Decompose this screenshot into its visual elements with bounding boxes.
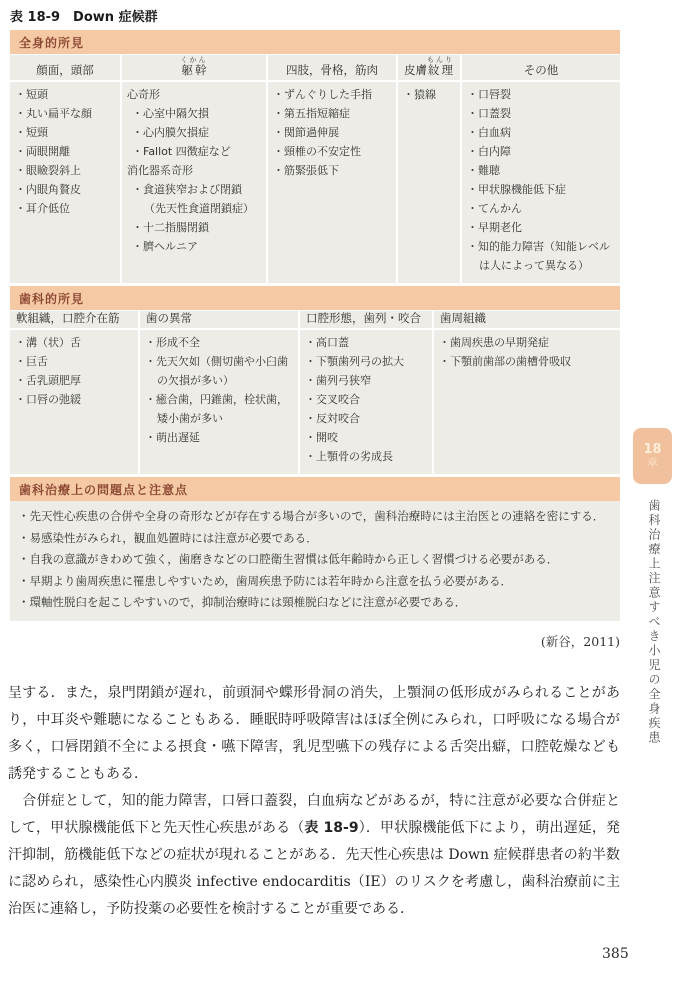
column-title: 歯の異常	[146, 310, 192, 326]
list-item: ・甲状腺機能低下症	[467, 180, 615, 199]
column-title: 顔面，頭部	[36, 62, 94, 78]
list-group-label: 心奇形	[127, 85, 261, 104]
list-item: ・高口蓋	[305, 333, 427, 352]
column-periodontal-tissue: 歯周組織 ・歯周疾患の早期発症 ・下顎前歯部の歯槽骨吸収	[434, 311, 620, 474]
list-item: ・Fallot 四徴症など	[132, 142, 261, 161]
chapter-number: 18	[643, 443, 661, 457]
list-item: ・丸い扁平な顔	[15, 104, 115, 123]
list-item: ・関節過伸展	[273, 123, 391, 142]
body-paragraph: 合併症として，知的能力障害，口唇口蓋裂，白血病などがあるが，特に注意が必要な合併…	[8, 788, 620, 923]
list-item: ・口蓋裂	[467, 104, 615, 123]
table-reference: 表 18-9	[304, 820, 358, 836]
page-number: 385	[602, 946, 629, 962]
list-item: ・上顎骨の劣成長	[305, 447, 427, 466]
list-item: ・猿線	[403, 85, 455, 104]
list-item: ・内眼角贅皮	[15, 180, 115, 199]
column-title-furigana: くかん	[181, 56, 208, 64]
column-header: 口腔形態，歯列・咬合	[300, 311, 432, 330]
columns-general: 顔面，頭部 ・短頭 ・丸い扁平な顔 ・短頸 ・両眼開離 ・眼瞼裂斜上 ・内眼角贅…	[10, 55, 620, 283]
column-header: 歯周組織	[434, 311, 620, 330]
column-header: 軟組織，口腔介在筋	[10, 311, 138, 330]
section-dental-findings: 歯科的所見 軟組織，口腔介在筋 ・溝（状）舌 ・巨舌 ・舌乳頭肥厚 ・口唇の弛緩…	[10, 286, 620, 474]
list-item: ・両眼開離	[15, 142, 115, 161]
list-item: ・癒合歯，円錐歯，栓状歯，矮小歯が多い	[145, 390, 293, 428]
list-item: ・早期老化	[467, 218, 615, 237]
list-item: ・ずんぐりした手指	[273, 85, 391, 104]
column-oral-morphology-occlusion: 口腔形態，歯列・咬合 ・高口蓋 ・下顎歯列弓の拡大 ・歯列弓狭窄 ・交叉咬合 ・…	[300, 311, 432, 474]
body-text: 呈する．また，泉門閉鎖が遅れ，前頭洞や蝶形骨洞の消失，上顎洞の低形成がみられるこ…	[8, 680, 620, 923]
column-header: 歯の異常	[140, 311, 298, 330]
column-header: 躯幹くかん	[122, 55, 266, 82]
list-item: ・交叉咬合	[305, 390, 427, 409]
section-header: 歯科的所見	[10, 286, 620, 310]
column-others: その他 ・口唇裂 ・口蓋裂 ・白血病 ・白内障 ・難聴 ・甲状腺機能低下症 ・て…	[462, 55, 620, 283]
section-header: 歯科治療上の問題点と注意点	[10, 477, 620, 501]
down-syndrome-table: 全身的所見 顔面，頭部 ・短頭 ・丸い扁平な顔 ・短頸 ・両眼開離 ・眼瞼裂斜上…	[10, 27, 620, 621]
list-item: ・心室中隔欠損	[132, 104, 261, 123]
list-item: ・歯周疾患の早期発症	[439, 333, 615, 352]
list-item: ・難聴	[467, 161, 615, 180]
column-title: 皮膚	[404, 62, 427, 78]
list-item: ・形成不全	[145, 333, 293, 352]
list-item: ・下顎歯列弓の拡大	[305, 352, 427, 371]
sidebar-vertical-title: 歯科治療上注意すべき小児の全身疾患	[646, 499, 663, 746]
list-item: ・反対咬合	[305, 409, 427, 428]
body-paragraph: 呈する．また，泉門閉鎖が遅れ，前頭洞や蝶形骨洞の消失，上顎洞の低形成がみられるこ…	[8, 680, 620, 788]
column-title-furigana: もんり	[427, 56, 454, 64]
list-item: ・筋緊張低下	[273, 161, 391, 180]
list-item: ・白内障	[467, 142, 615, 161]
column-title: 歯周組織	[440, 310, 486, 326]
list-item: ・十二指腸閉鎖	[132, 218, 261, 237]
list-item: ・頸椎の不安定性	[273, 142, 391, 161]
column-title-ruby-base: 躯幹	[181, 63, 208, 77]
list-item: ・眼瞼裂斜上	[15, 161, 115, 180]
list-item: ・口唇の弛緩	[15, 390, 133, 409]
columns-dental: 軟組織，口腔介在筋 ・溝（状）舌 ・巨舌 ・舌乳頭肥厚 ・口唇の弛緩 歯の異常 …	[10, 311, 620, 474]
notes-item: ・自我の意識がきわめて強く，歯磨きなどの口腔衛生習慣は低年齢時から正しく習慣づけ…	[18, 549, 612, 571]
column-tooth-anomaly: 歯の異常 ・形成不全 ・先天欠如（側切歯や小臼歯の欠損が多い） ・癒合歯，円錐歯…	[140, 311, 298, 474]
list-item: ・知的能力障害（知能レベルは人によって異なる）	[467, 237, 615, 275]
column-title: 四肢，骨格，筋肉	[286, 62, 378, 78]
notes-item: ・先天性心疾患の合併や全身の奇形などが存在する場合が多いので，歯科治療時には主治…	[18, 506, 612, 528]
list-item: ・下顎前歯部の歯槽骨吸収	[439, 352, 615, 371]
list-item: ・口唇裂	[467, 85, 615, 104]
column-header: 皮膚 紋理もんり	[398, 55, 460, 82]
table-caption: 表 18-9 Down 症候群	[10, 6, 158, 25]
list-group-label: 消化器系奇形	[127, 161, 261, 180]
list-item: ・先天欠如（側切歯や小臼歯の欠損が多い）	[145, 352, 293, 390]
list-item: ・耳介低位	[15, 199, 115, 218]
column-face-head: 顔面，頭部 ・短頭 ・丸い扁平な顔 ・短頸 ・両眼開離 ・眼瞼裂斜上 ・内眼角贅…	[10, 55, 120, 283]
notes-item: ・環軸性脱臼を起こしやすいので，抑制治療時には頸椎脱臼などに注意が必要である．	[18, 592, 612, 614]
section-header: 全身的所見	[10, 30, 620, 54]
column-soft-tissue: 軟組織，口腔介在筋 ・溝（状）舌 ・巨舌 ・舌乳頭肥厚 ・口唇の弛緩	[10, 311, 138, 474]
list-item: ・歯列弓狭窄	[305, 371, 427, 390]
list-item: ・食道狭窄および閉鎖（先天性食道閉鎖症）	[132, 180, 261, 218]
list-item: ・巨舌	[15, 352, 133, 371]
notes-item: ・易感染性がみられ，観血処置時には注意が必要である．	[18, 528, 612, 550]
section-treatment-notes: 歯科治療上の問題点と注意点 ・先天性心疾患の合併や全身の奇形などが存在する場合が…	[10, 477, 620, 621]
list-item: ・萌出遅延	[145, 428, 293, 447]
column-title: 軟組織，口腔介在筋	[16, 310, 120, 326]
column-dermatoglyphics: 皮膚 紋理もんり ・猿線	[398, 55, 460, 283]
column-header: 顔面，頭部	[10, 55, 120, 82]
list-item: ・第五指短縮症	[273, 104, 391, 123]
chapter-label: 章	[648, 458, 658, 469]
column-title-ruby-base: 紋理	[427, 63, 454, 77]
list-item: ・短頸	[15, 123, 115, 142]
list-item: ・溝（状）舌	[15, 333, 133, 352]
list-item: ・短頭	[15, 85, 115, 104]
notes-item: ・早期より歯周疾患に罹患しやすいため，歯周疾患予防には若年時から注意を払う必要が…	[18, 571, 612, 593]
section-general-findings: 全身的所見 顔面，頭部 ・短頭 ・丸い扁平な顔 ・短頸 ・両眼開離 ・眼瞼裂斜上…	[10, 30, 620, 283]
textbook-page: 表 18-9 Down 症候群 全身的所見 顔面，頭部 ・短頭 ・丸い扁平な顔 …	[0, 0, 678, 1000]
citation: (新谷，2011)	[10, 632, 620, 650]
list-item: ・舌乳頭肥厚	[15, 371, 133, 390]
list-item: ・開咬	[305, 428, 427, 447]
list-item: ・心内膜欠損症	[132, 123, 261, 142]
column-limbs-skeleton-muscle: 四肢，骨格，筋肉 ・ずんぐりした手指 ・第五指短縮症 ・関節過伸展 ・頸椎の不安…	[268, 55, 396, 283]
column-trunk: 躯幹くかん 心奇形 ・心室中隔欠損 ・心内膜欠損症 ・Fallot 四徴症など …	[122, 55, 266, 283]
column-header: その他	[462, 55, 620, 82]
list-item: ・てんかん	[467, 199, 615, 218]
list-item: ・臍ヘルニア	[132, 237, 261, 256]
chapter-tab: 18 章	[633, 428, 672, 484]
column-header: 四肢，骨格，筋肉	[268, 55, 396, 82]
column-title: 口腔形態，歯列・咬合	[306, 310, 421, 326]
notes-list: ・先天性心疾患の合併や全身の奇形などが存在する場合が多いので，歯科治療時には主治…	[10, 501, 620, 621]
list-item: ・白血病	[467, 123, 615, 142]
column-title: その他	[524, 62, 559, 78]
